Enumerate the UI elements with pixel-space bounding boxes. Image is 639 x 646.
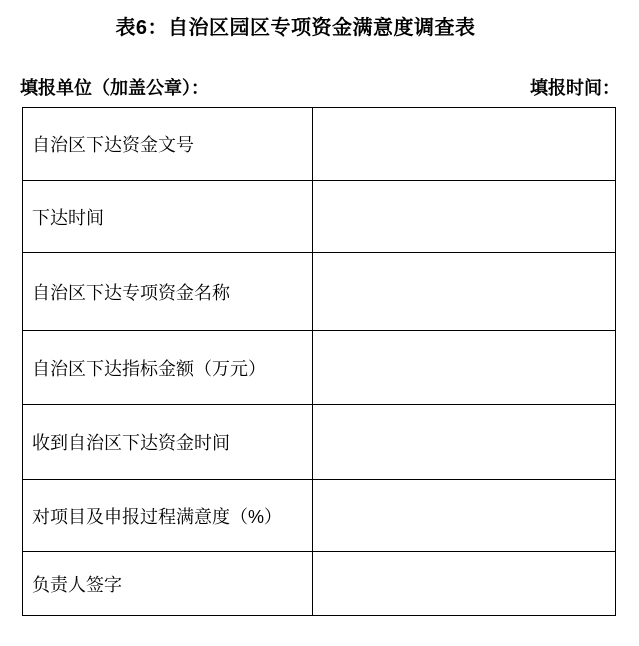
- row-value-fund-document-number[interactable]: [313, 108, 615, 180]
- reporting-unit-label: 填报单位（加盖公章）：: [20, 74, 209, 100]
- form-header: 填报单位（加盖公章）： 填报时间：: [20, 74, 620, 100]
- table-row: 对项目及申报过程满意度（%）: [23, 480, 615, 552]
- row-label-fund-document-number: 自治区下达资金文号: [23, 108, 313, 180]
- table-row: 下达时间: [23, 181, 615, 253]
- row-label-satisfaction-percent: 对项目及申报过程满意度（%）: [23, 480, 313, 551]
- table-row: 负责人签字: [23, 552, 615, 615]
- table-row: 自治区下达资金文号: [23, 108, 615, 181]
- row-value-special-fund-name[interactable]: [313, 253, 615, 330]
- row-label-indicator-amount: 自治区下达指标金额（万元）: [23, 331, 313, 404]
- row-label-special-fund-name: 自治区下达专项资金名称: [23, 253, 313, 330]
- row-value-indicator-amount[interactable]: [313, 331, 615, 404]
- row-value-responsible-signature[interactable]: [313, 552, 615, 615]
- row-value-issue-time[interactable]: [313, 181, 615, 252]
- row-label-issue-time: 下达时间: [23, 181, 313, 252]
- row-label-responsible-signature: 负责人签字: [23, 552, 313, 615]
- row-value-satisfaction-percent[interactable]: [313, 480, 615, 551]
- table-row: 自治区下达指标金额（万元）: [23, 331, 615, 405]
- table-row: 自治区下达专项资金名称: [23, 253, 615, 331]
- page-title: 表6：自治区园区专项资金满意度调查表: [0, 11, 591, 40]
- row-label-fund-received-time: 收到自治区下达资金时间: [23, 405, 313, 479]
- table-row: 收到自治区下达资金时间: [23, 405, 615, 480]
- satisfaction-survey-table: 自治区下达资金文号 下达时间 自治区下达专项资金名称 自治区下达指标金额（万元）…: [22, 107, 616, 616]
- reporting-time-label: 填报时间：: [530, 74, 620, 100]
- row-value-fund-received-time[interactable]: [313, 405, 615, 479]
